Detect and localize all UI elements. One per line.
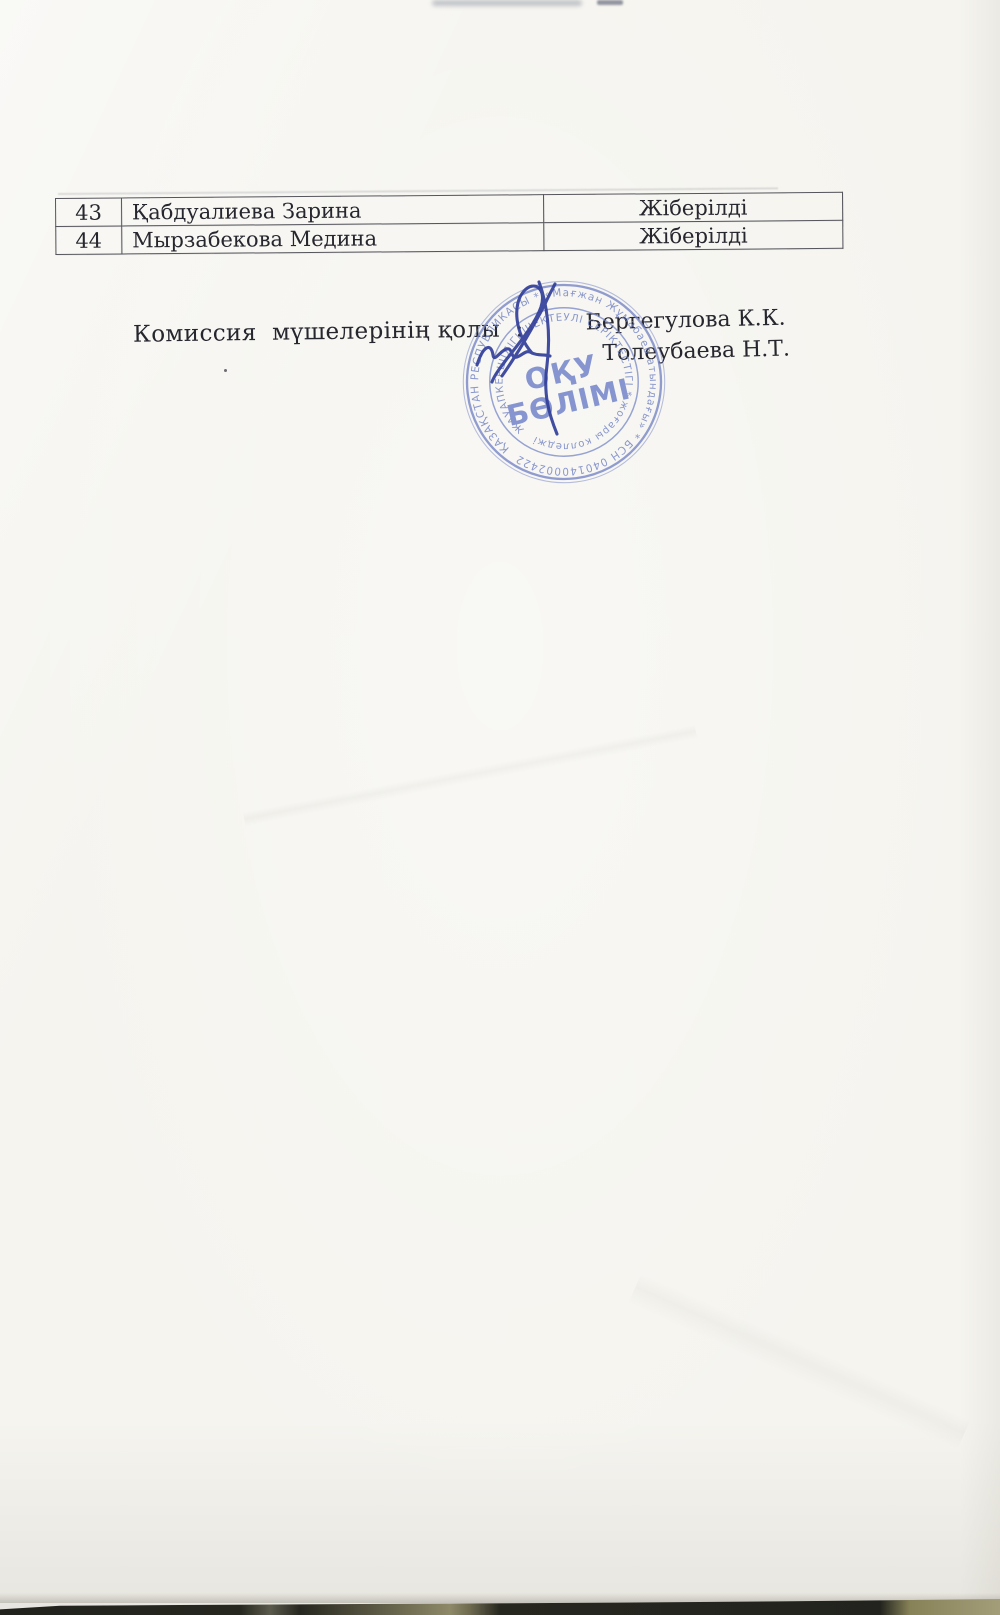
student-name-cell: Қабдуалиева Зарина: [121, 195, 544, 226]
status-cell: Жіберілді: [544, 192, 843, 222]
student-name-cell: Мырзабекова Медина: [122, 223, 545, 254]
table-row: 44 Мырзабекова Медина Жіберілді: [56, 220, 843, 254]
student-results-table: 43 Қабдуалиева Зарина Жіберілді 44 Мырза…: [55, 192, 843, 255]
scan-artifact-top: [597, 0, 623, 5]
paper-crease: [562, 1122, 1000, 1597]
handwritten-signature: [452, 262, 682, 502]
paper-crease: [234, 677, 707, 873]
ink-dot-artifact: [224, 369, 227, 372]
scan-artifact-top: [432, 0, 582, 6]
scanned-document-page: { "table": { "rows": [ { "number": "43",…: [0, 0, 1000, 1615]
row-number-cell: 43: [56, 198, 122, 227]
status-cell: Жіберілді: [544, 220, 843, 250]
scanner-edge-band: [0, 1595, 1000, 1615]
row-number-cell: 44: [56, 226, 122, 255]
